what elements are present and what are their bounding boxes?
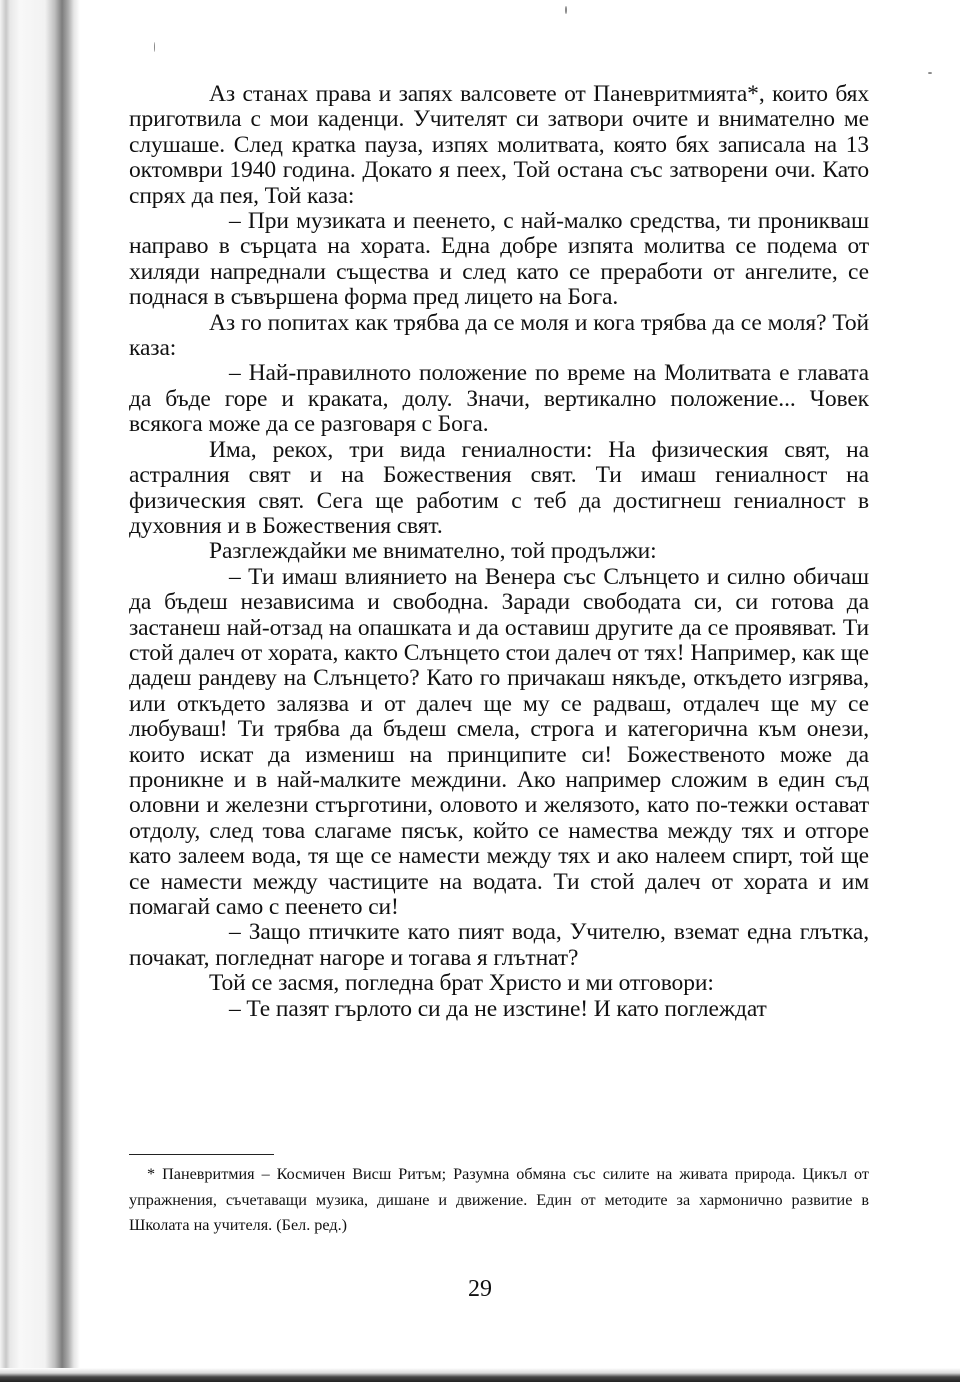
book-binding-shadow <box>0 0 80 1382</box>
page-body: Аз станах права и запях валсовете от Пан… <box>129 82 869 1022</box>
footnote-text: * Паневритмия – Космичен Висш Ритъм; Раз… <box>129 1162 869 1239</box>
paragraph-dialogue: – Ти имаш влиянието на Венера със Слънце… <box>129 565 869 921</box>
footnote-divider <box>129 1154 274 1155</box>
paragraph: Разглеждайки ме внимателно, той продължи… <box>129 539 869 564</box>
page-bottom-edge <box>0 1368 960 1382</box>
paragraph: Той се засмя, погледна брат Христо и ми … <box>129 971 869 996</box>
paragraph-dialogue: – Най-правилното положение по време на М… <box>129 361 869 437</box>
paragraph-dialogue: – При музиката и пеенето, с най-малко ср… <box>129 209 869 311</box>
body-text: Аз станах права и запях валсовете от Пан… <box>129 82 869 1022</box>
paragraph-dialogue: – Те пазят гърлото си да не изстине! И к… <box>129 997 869 1022</box>
page-number: 29 <box>0 1276 960 1303</box>
scan-speck <box>928 72 932 74</box>
paragraph: Аз станах права и запях валсовете от Пан… <box>129 82 869 209</box>
paragraph: Аз го попитах как трябва да се моля и ко… <box>129 311 869 362</box>
footnote: * Паневритмия – Космичен Висш Ритъм; Раз… <box>129 1162 869 1239</box>
scan-speck <box>565 6 567 14</box>
paragraph: Има, рекох, три вида гениалности: На физ… <box>129 438 869 540</box>
paragraph-dialogue: – Защо птичките като пият вода, Учителю,… <box>129 920 869 971</box>
scan-speck <box>154 42 155 52</box>
